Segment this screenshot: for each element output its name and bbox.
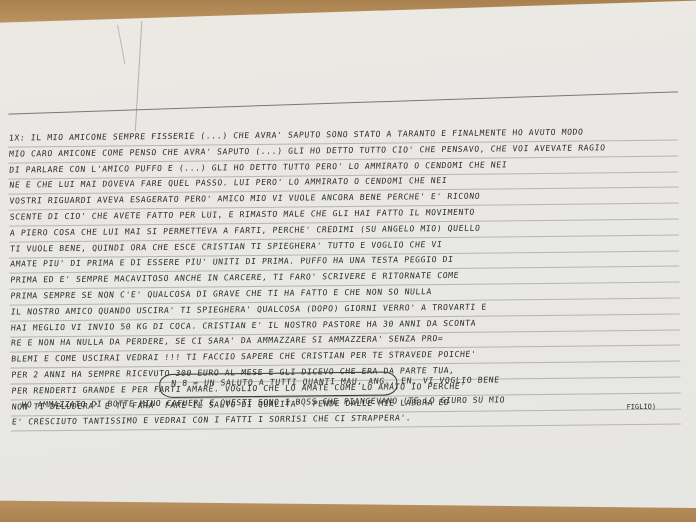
strip-top-edge [8,91,678,116]
paper-sheet: 1X: IL MIO AMICONE SEMPRE FISSERIE (...)… [0,0,696,516]
signature: FIGLIO) [627,403,657,411]
pencil-mark [117,24,127,64]
letter-strip: 1X: IL MIO AMICONE SEMPRE FISSERIE (...)… [8,107,681,434]
